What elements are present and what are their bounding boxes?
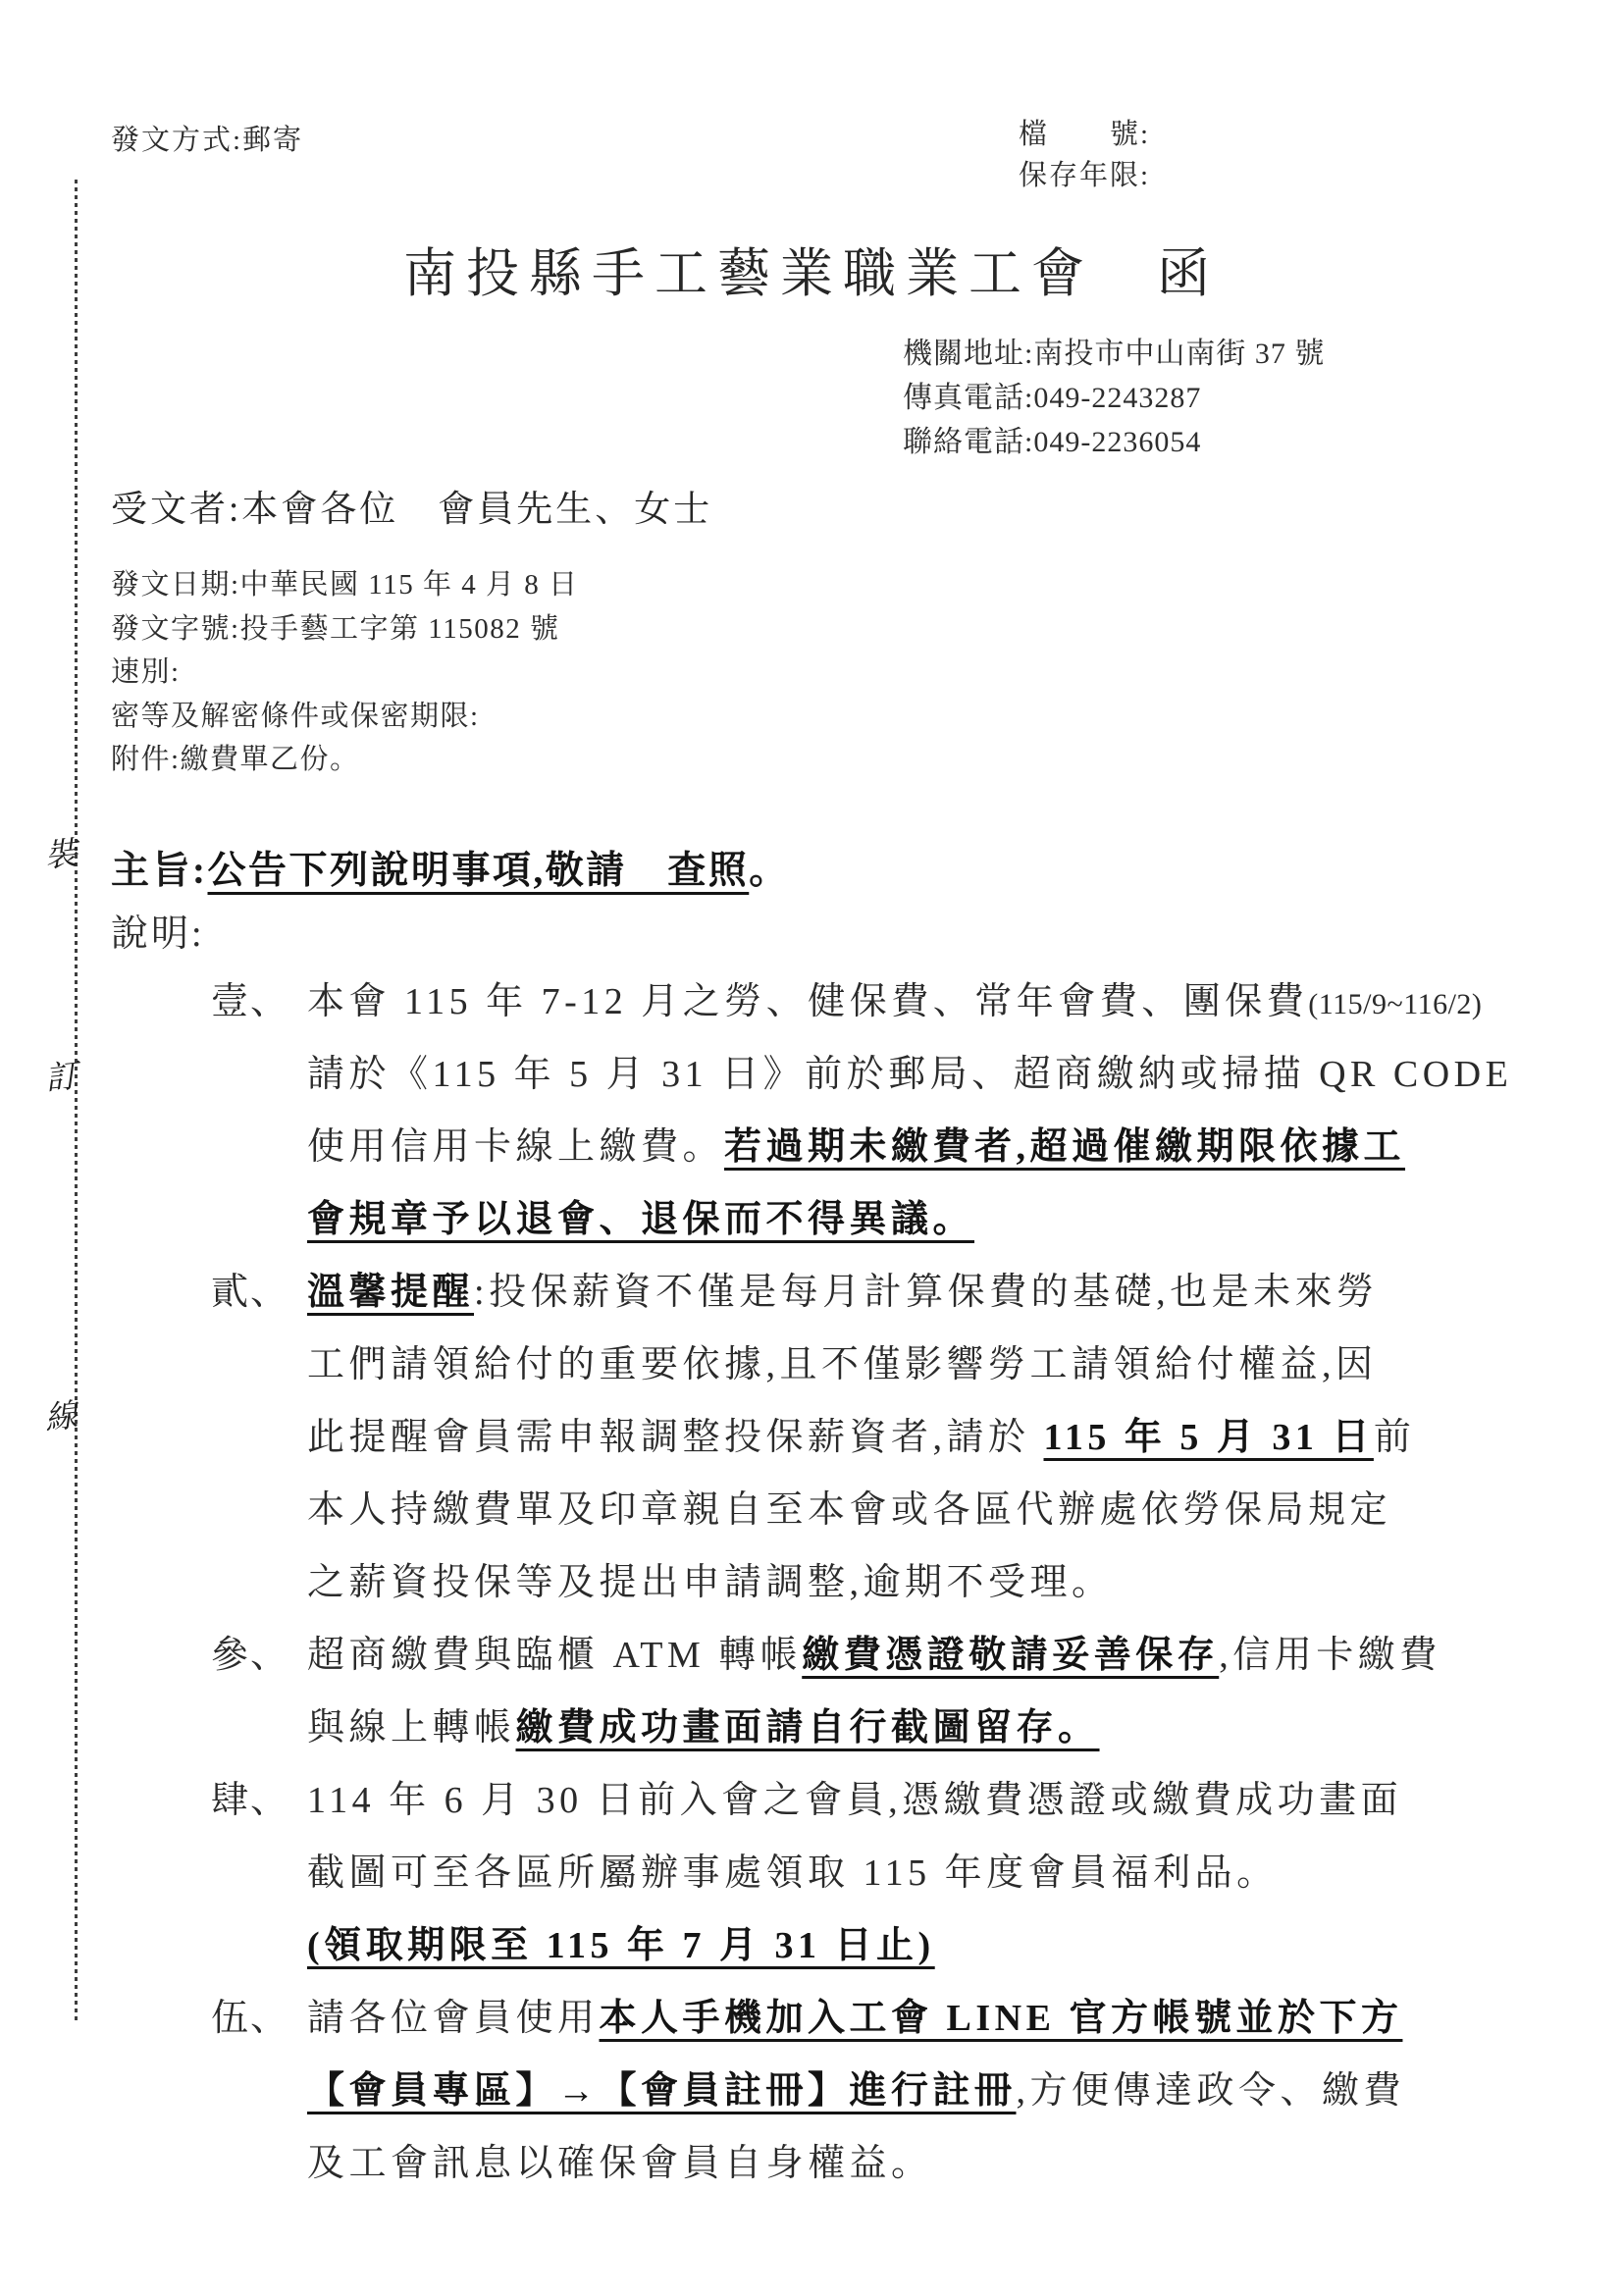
binding-mark-xian: 線 [35,1389,87,1440]
meta-block: 發文日期:中華民國 115 年 4 月 8 日 發文字號:投手藝工字第 1150… [111,563,578,782]
body-text: 本會 115 年 7-12 月之勞、健保費、常年會費、團保費 [307,981,1308,1022]
emphasized-text: 溫馨提醒 [307,1272,474,1313]
item-number: 壹、 [211,965,307,1038]
body-text: 使用信用卡線上繳費。 [307,1126,724,1168]
item-number: 伍、 [211,1982,307,2055]
emphasized-text: 115 年 5 月 31 日 [1044,1417,1374,1458]
body-line: 之薪資投保等及提出申請調整,逾期不受理。 [211,1546,1545,1619]
body-text: (115/9~116/2) [1308,988,1482,1020]
body-text: 截圖可至各區所屬辦事處領取 115 年度會員福利品。 [307,1852,1279,1894]
security-class: 密等及解密條件或保密期限: [111,695,578,739]
body-text: 超商繳費與臨櫃 ATM 轉帳 [307,1635,802,1676]
speed-class: 速別: [111,651,578,695]
body-text: 114 年 6 月 30 日前入會之會員,憑繳費憑證或繳費成功畫面 [307,1780,1402,1821]
body-lines: 壹、本會 115 年 7-12 月之勞、健保費、常年會費、團保費(115/9~1… [211,965,1545,2200]
emphasized-text: 繳費憑證敬請妥善保存 [802,1635,1219,1676]
body-text: 之薪資投保等及提出申請調整,逾期不受理。 [307,1562,1114,1603]
body-text: 工們請領給付的重要依據,且不僅影響勞工請領給付權益,因 [307,1344,1378,1385]
emphasized-text: 會規章予以退會、退保而不得異議。 [307,1199,974,1240]
body-line: 會規章予以退會、退保而不得異議。 [211,1183,1545,1256]
body-text: 請於《115 年 5 月 31 日》前於郵局、超商繳納或掃描 QR CODE [307,1054,1512,1095]
body-text: 此提醒會員需申報調整投保薪資者,請於 [307,1417,1044,1458]
body-line-numbered: 伍、請各位會員使用本人手機加入工會 LINE 官方帳號並於下方 [211,1982,1545,2055]
body-text: 與線上轉帳 [307,1707,516,1748]
body-line-numbered: 肆、114 年 6 月 30 日前入會之會員,憑繳費憑證或繳費成功畫面 [211,1764,1545,1837]
body-text: 請各位會員使用 [307,1998,600,2039]
body-line: 與線上轉帳繳費成功畫面請自行截圖留存。 [211,1692,1545,1764]
explanation-label: 說明: [111,903,205,957]
subject-emphasized-text: 公告下列說明事項,敬請 查照 [208,850,750,892]
body-line-numbered: 參、超商繳費與臨櫃 ATM 轉帳繳費憑證敬請妥善保存,信用卡繳費 [211,1619,1545,1692]
item-number: 參、 [211,1619,307,1692]
body-line: 工們請領給付的重要依據,且不僅影響勞工請領給付權益,因 [211,1329,1545,1401]
official-letter-page: 裝 訂 線 發文方式:郵寄 檔 號: 保存年限: 南投縣手工藝業職業工會 函 機… [0,0,1623,2296]
document-title: 南投縣手工藝業職業工會 函 [0,232,1623,307]
item-number: 肆、 [211,1764,307,1837]
emphasized-text: 若過期未繳費者,超過催繳期限依據工 [724,1126,1405,1168]
body-line: 請於《115 年 5 月 31 日》前於郵局、超商繳納或掃描 QR CODE [211,1038,1545,1111]
emphasized-text: (領取期限至 115 年 7 月 31 日止) [307,1925,935,1966]
binding-dotted-line [75,180,78,2024]
body-text: 本人持繳費單及印章親自至本會或各區代辦處依勞保局規定 [307,1489,1391,1531]
emphasized-text: 本人手機加入工會 LINE 官方帳號並於下方 [600,1998,1403,2039]
body-text: ,方便傳達政令、繳費 [1017,2070,1406,2112]
subject-period: 。 [749,850,790,892]
body-line: 此提醒會員需申報調整投保薪資者,請於 115 年 5 月 31 日前 [211,1401,1545,1474]
body-text: ,信用卡繳費 [1219,1635,1441,1676]
doc-number: 發文字號:投手藝工字第 115082 號 [111,607,578,652]
body-line-numbered: 壹、本會 115 年 7-12 月之勞、健保費、常年會費、團保費(115/9~1… [211,965,1545,1038]
body-line: 使用信用卡線上繳費。若過期未繳費者,超過催繳期限依據工 [211,1111,1545,1183]
file-number-label: 檔 號: [1019,112,1150,152]
body-line: 本人持繳費單及印章親自至本會或各區代辦處依勞保局規定 [211,1474,1545,1546]
binding-mark-ding: 訂 [35,1050,87,1101]
delivery-method: 發文方式:郵寄 [111,118,303,158]
subject-line: 主旨:公告下列說明事項,敬請 查照。 [111,840,790,895]
body-text: :投保薪資不僅是每月計算保費的基礎,也是未來勞 [474,1272,1379,1313]
body-text: 前 [1374,1417,1416,1458]
body-line: 及工會訊息以確保會員自身權益。 [211,2127,1545,2200]
issue-date: 發文日期:中華民國 115 年 4 月 8 日 [111,563,578,607]
item-number: 貳、 [211,1256,307,1329]
body-line: 【會員專區】→【會員註冊】進行註冊,方便傳達政令、繳費 [211,2055,1545,2127]
retention-period-label: 保存年限: [1019,153,1150,193]
subject-label: 主旨: [111,850,208,892]
body-text: 及工會訊息以確保會員自身權益。 [307,2143,933,2184]
org-info-block: 機關地址:南投市中山南街 37 號 傳真電話:049-2243287 聯絡電話:… [903,332,1325,464]
attachment: 附件:繳費單乙份。 [111,738,578,782]
emphasized-text: 繳費成功畫面請自行截圖留存。 [516,1707,1100,1748]
binding-mark-zhuang: 裝 [35,827,87,878]
body-line: 截圖可至各區所屬辦事處領取 115 年度會員福利品。 [211,1837,1545,1909]
org-fax: 傳真電話:049-2243287 [903,376,1325,420]
org-address: 機關地址:南投市中山南街 37 號 [903,332,1325,376]
org-phone: 聯絡電話:049-2236054 [903,420,1325,464]
recipient-line: 受文者:本會各位 會員先生、女士 [111,479,712,532]
body-line-numbered: 貳、溫馨提醒:投保薪資不僅是每月計算保費的基礎,也是未來勞 [211,1256,1545,1329]
emphasized-text: 【會員專區】→【會員註冊】進行註冊 [307,2070,1017,2112]
body-line: (領取期限至 115 年 7 月 31 日止) [211,1909,1545,1982]
